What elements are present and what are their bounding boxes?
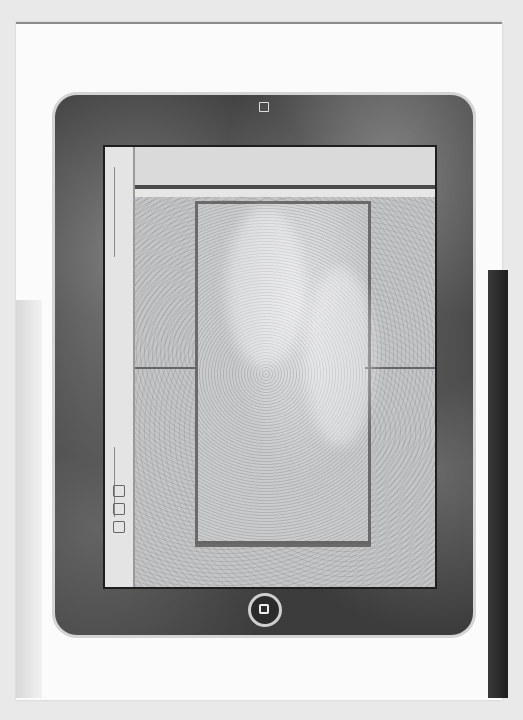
tablet-device (55, 95, 473, 635)
camera-icon (259, 102, 269, 112)
stone-seam-bottom (195, 541, 371, 544)
paper-edge-left (16, 300, 42, 698)
paper-edge-right (488, 270, 508, 698)
sidebar-divider (114, 167, 115, 257)
sidebar-icon-2[interactable] (113, 503, 125, 515)
tablet-screen (103, 145, 437, 589)
glare-smudge (305, 267, 375, 447)
stone-seam-right (365, 367, 435, 369)
sidebar-icon-3[interactable] (113, 521, 125, 533)
screen-sub-bar (105, 189, 435, 197)
home-square-icon (259, 604, 269, 614)
stone-seam-left (135, 367, 195, 369)
sidebar-icon-1[interactable] (113, 485, 125, 497)
home-button[interactable] (248, 593, 282, 627)
screen-sidebar (105, 147, 135, 587)
glare-smudge (225, 207, 305, 367)
screen-top-bar (105, 147, 435, 189)
